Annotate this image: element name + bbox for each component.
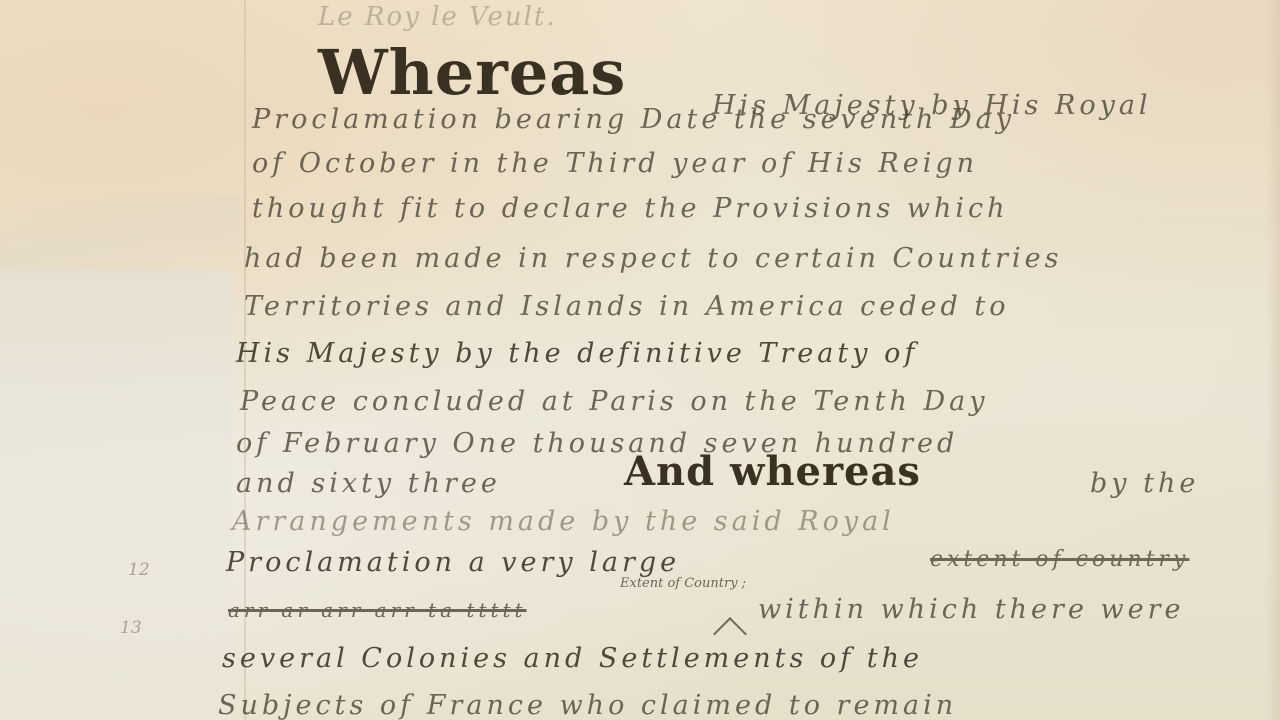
manuscript-line-13: within which there were	[758, 596, 1184, 623]
manuscript-line-10: and sixty three	[236, 470, 501, 497]
paper-fold	[0, 195, 240, 275]
header-note: Le Roy le Veult.	[318, 2, 557, 32]
manuscript-line-4: thought fit to declare the Provisions wh…	[252, 195, 1009, 222]
and-whereas-heading: And whereas	[624, 452, 921, 492]
manuscript-line-3: of October in the Third year of His Reig…	[252, 150, 978, 177]
left-margin-panel	[0, 270, 232, 720]
manuscript-line-7: His Majesty by the definitive Treaty of	[236, 340, 918, 367]
manuscript-line-10-end: by the	[1090, 470, 1199, 497]
margin-number-13: 13	[120, 618, 142, 638]
manuscript-line-5: had been made in respect to certain Coun…	[244, 245, 1062, 272]
struck-text-line-13: arr ar arr arr ta ttttt	[228, 600, 527, 620]
manuscript-line-12: Proclamation a very large	[226, 549, 680, 576]
manuscript-line-2: Proclamation bearing Date the seventh Da…	[252, 106, 1015, 133]
manuscript-line-15: Subjects of France who claimed to remain	[218, 692, 957, 719]
manuscript-line-14: several Colonies and Settlements of the	[222, 645, 923, 672]
right-page-edge	[1266, 0, 1280, 720]
margin-number-12: 12	[128, 560, 150, 580]
manuscript-line-11: Arrangements made by the said Royal	[232, 508, 895, 535]
manuscript-line-8: Peace concluded at Paris on the Tenth Da…	[240, 388, 988, 415]
opening-whereas: Whereas	[318, 42, 626, 104]
insertion-note: Extent of Country ;	[620, 576, 746, 591]
struck-text-line-12: extent of country	[930, 549, 1189, 571]
manuscript-line-6: Territories and Islands in America ceded…	[244, 293, 1010, 320]
